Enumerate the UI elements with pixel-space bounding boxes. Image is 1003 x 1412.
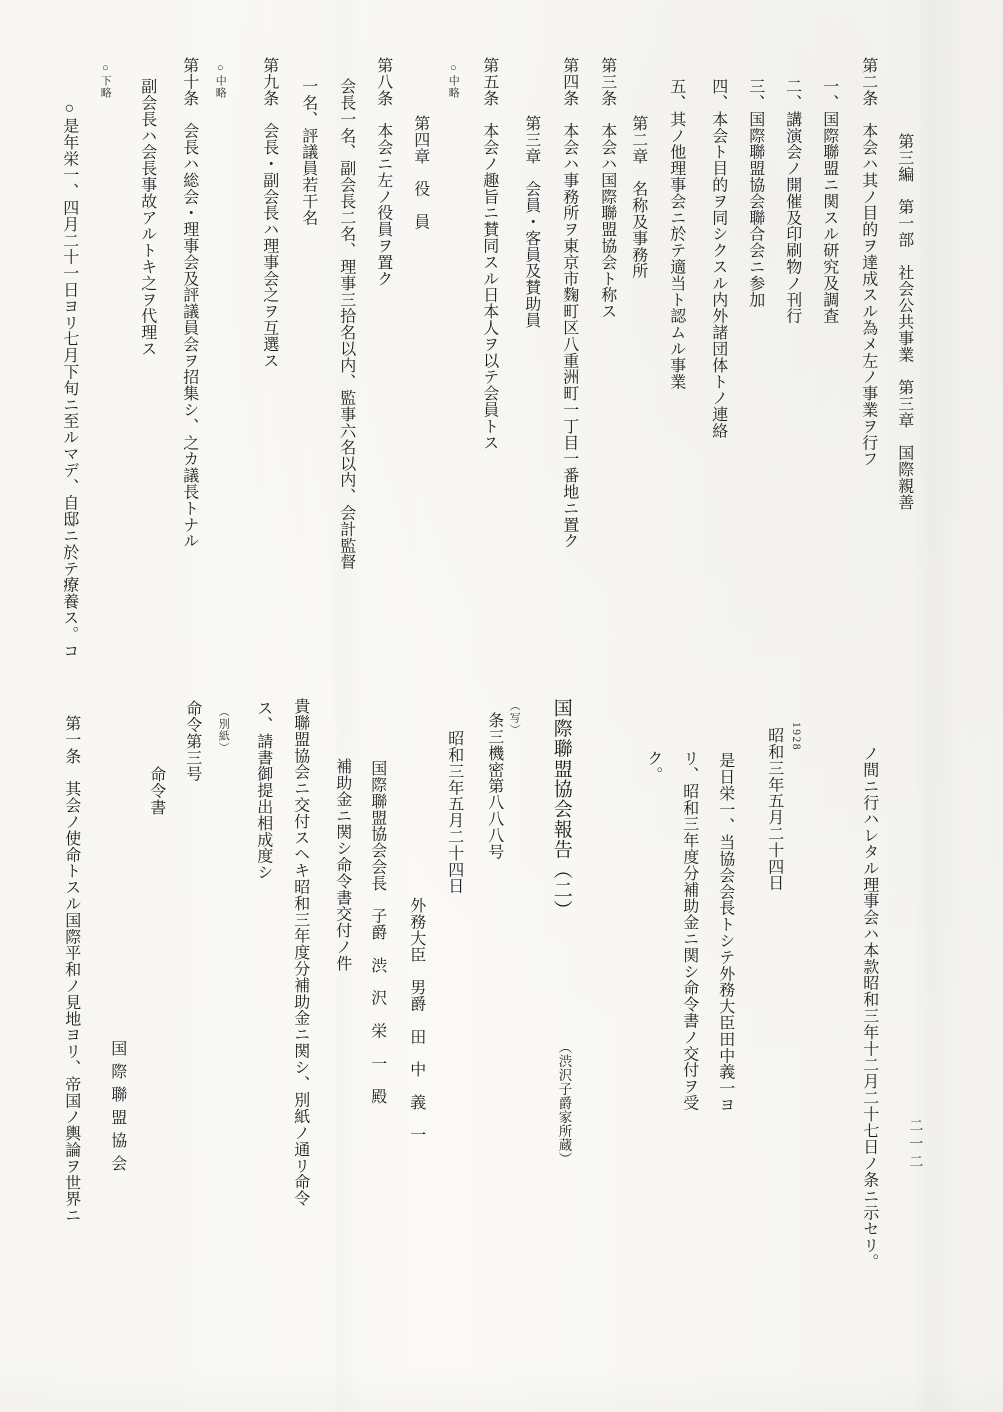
- continuation-column: リ、昭和三年度分補助金ニ関シ命令書ノ交付ヲ受: [678, 750, 699, 1111]
- date-line-column: 昭和三年五月二十四日: [443, 730, 464, 894]
- body-column: 貴聯盟協会ニ交付スヘキ昭和三年度分補助金ニ関シ、別紙ノ通リ命令: [289, 698, 310, 1206]
- addressee-column: 国際聯盟協会: [106, 1040, 127, 1178]
- document-number-column: 条三機密第八八八号: [483, 712, 504, 860]
- sender-column: 外務大臣 男爵 田 中 義 一: [405, 897, 426, 1143]
- copy-note-column: （写）: [507, 700, 521, 736]
- subject-column: 補助金ニ関シ命令書交付ノ件: [331, 758, 352, 971]
- article-column: 第一条 其会ノ使命トスル国際平和ノ見地ヨリ、帝国ノ輿論ヲ世界ニ: [60, 715, 81, 1223]
- recipient-column: 国際聯盟協会会長 子爵 渋 沢 栄 一 殿: [366, 760, 387, 1104]
- order-title-column: 命令書: [145, 766, 166, 815]
- scanned-book-page: { "page": { "header": "第三編 第一部 社会公共事業 第三…: [0, 0, 1003, 1412]
- attribution-column: （渋沢子爵家所蔵）: [555, 1040, 573, 1166]
- bottom-text-block: ノ間ニ行ハレタル理事会ハ本款昭和三年十二月二十七日ノ条ニ示セリ。昭和三年五月二十…: [0, 0, 1003, 1412]
- continuation-column: ク。: [642, 750, 663, 783]
- order-number-column: 命令第三号: [181, 700, 202, 782]
- attachment-note-column: （別紙）: [216, 706, 230, 754]
- date-heading-column: 昭和三年五月二十四日: [763, 727, 784, 891]
- document-title-column: 国際聯盟協会報告（二）: [548, 698, 573, 920]
- narrative-continuation-column: ノ間ニ行ハレタル理事会ハ本款昭和三年十二月二十七日ノ条ニ示セリ。: [858, 745, 879, 1270]
- narrative-column: 是日栄一、当協会会長トシテ外務大臣田中義一ヨ: [714, 752, 735, 1113]
- body-continuation-column: ス、請書御提出相成度シ: [252, 700, 273, 880]
